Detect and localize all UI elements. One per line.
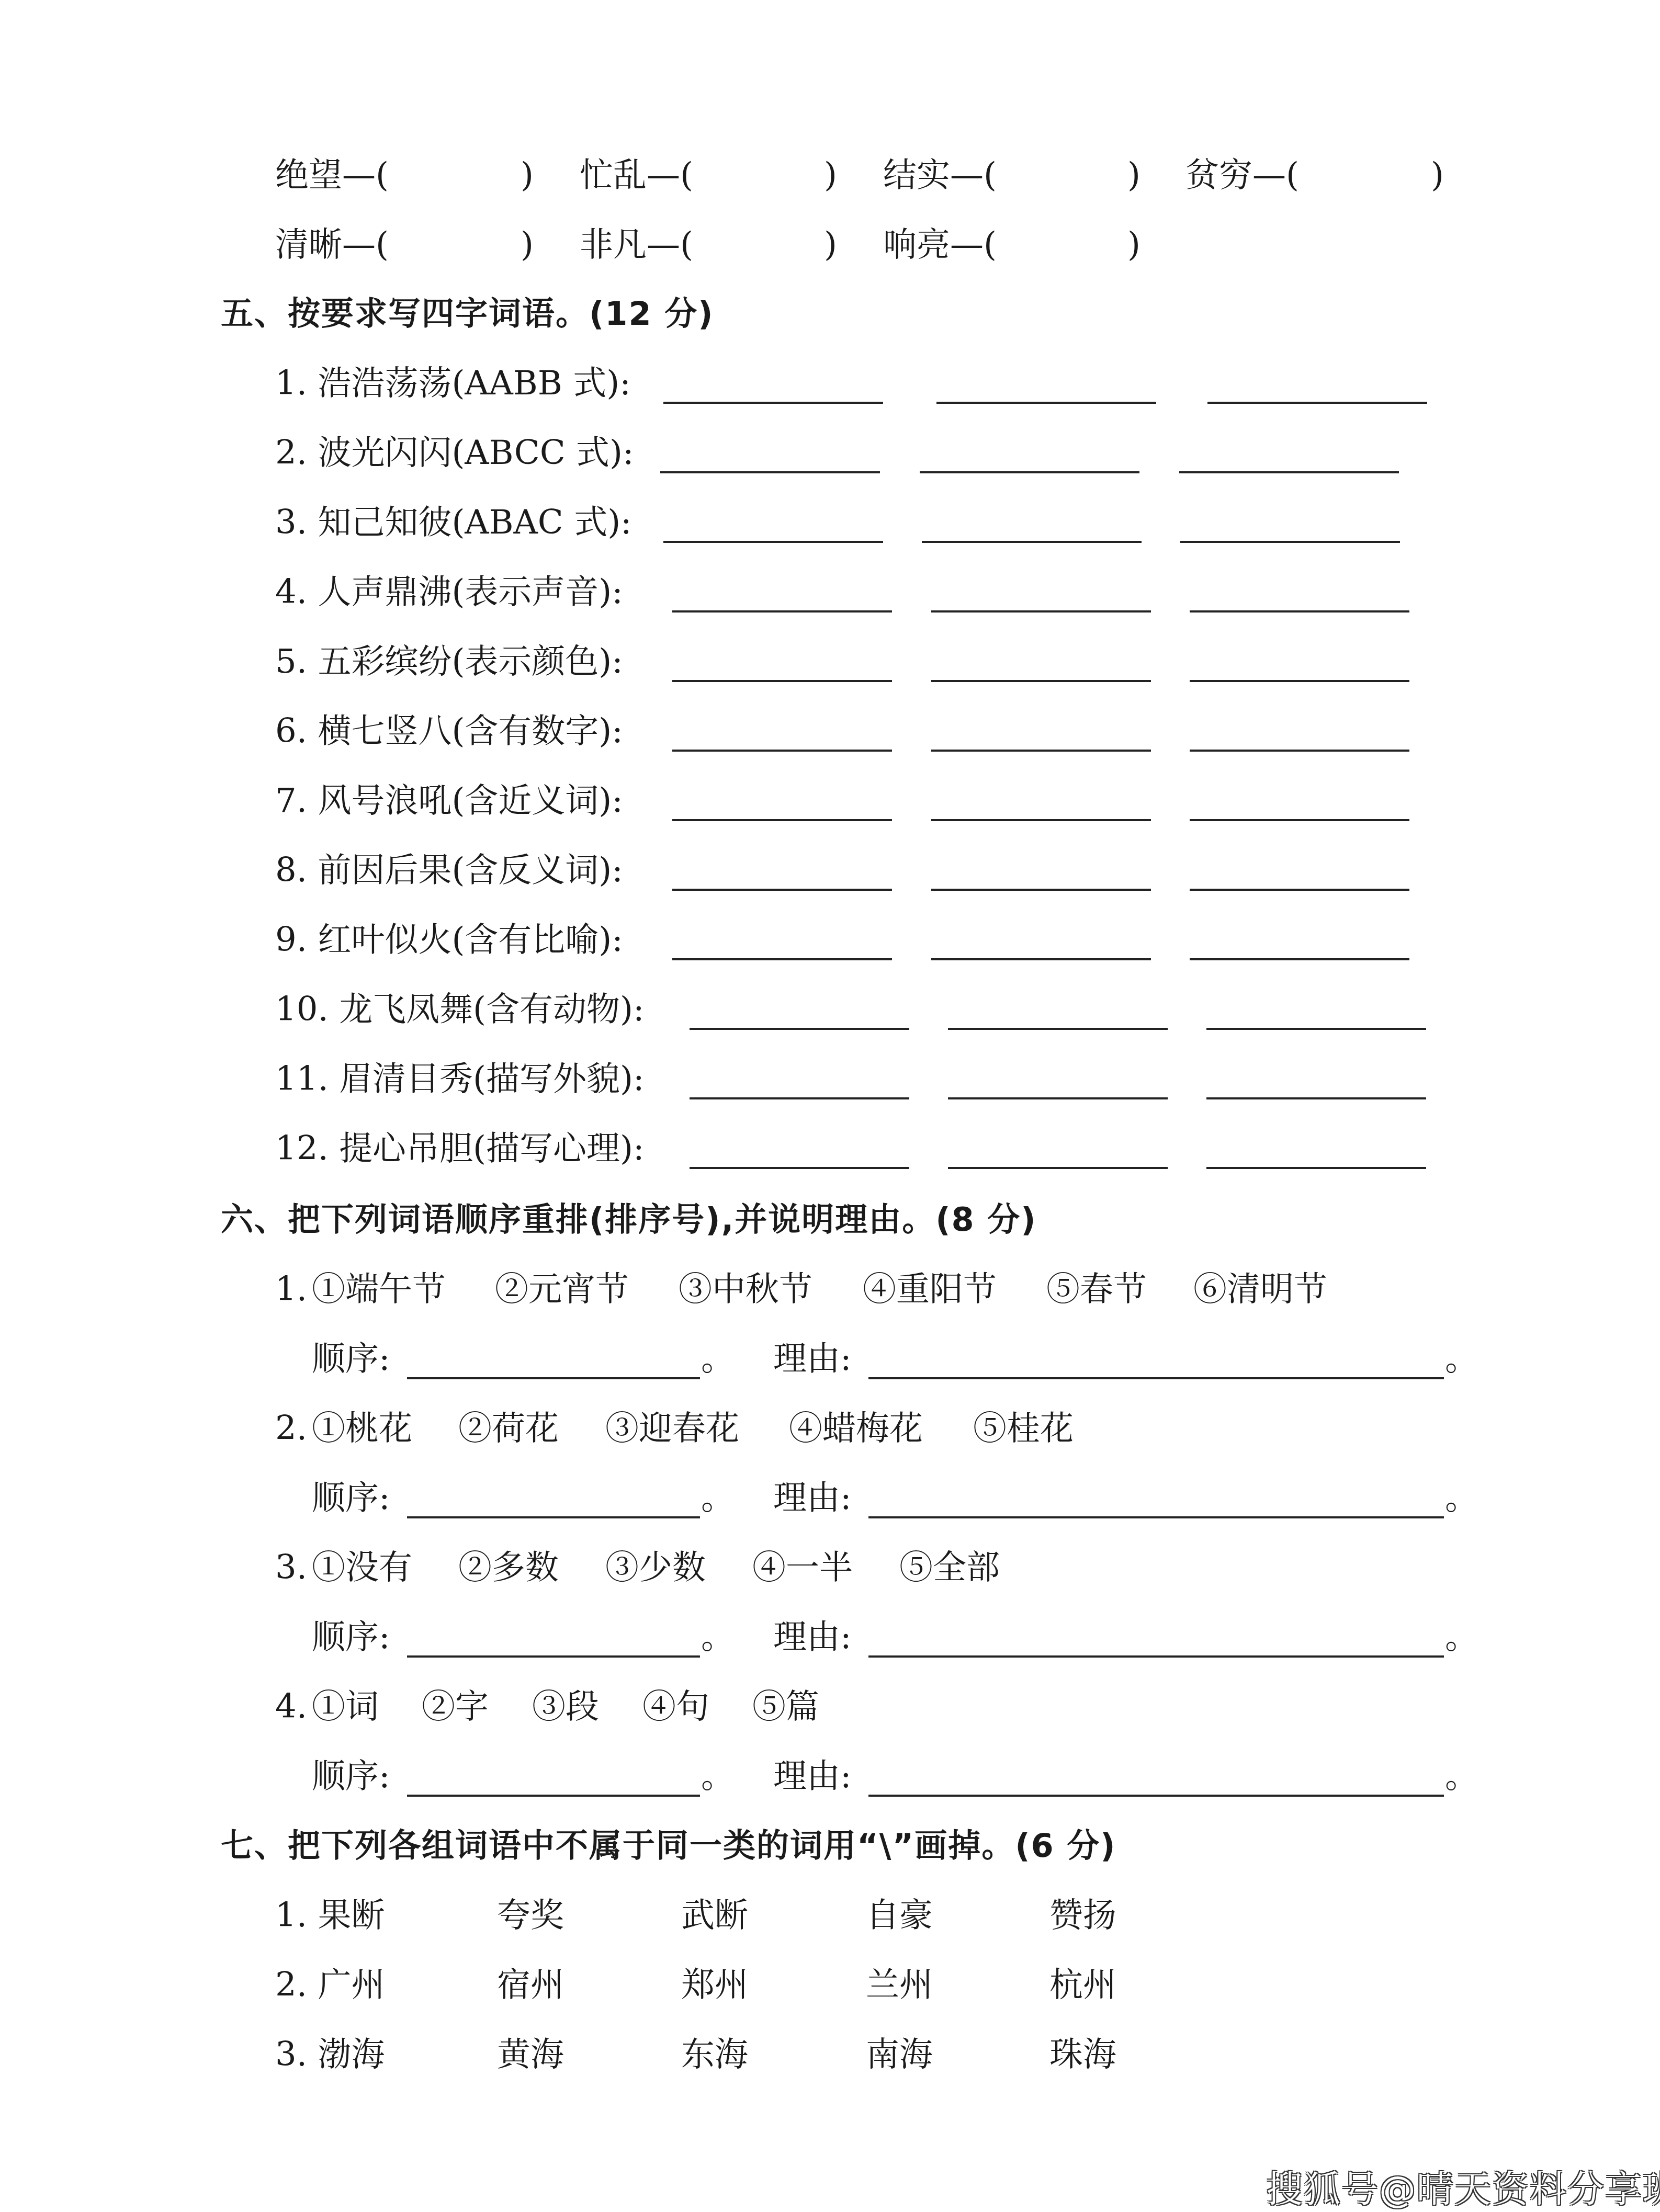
answer-blank[interactable] bbox=[663, 541, 883, 543]
word[interactable]: 武断 bbox=[681, 1895, 748, 1936]
section-heading: 五、按要求写四字词语。(12 分) bbox=[221, 293, 714, 335]
option: ①词 bbox=[312, 1686, 379, 1728]
answer-blank[interactable] bbox=[690, 1097, 909, 1099]
reason-label: 理由: bbox=[773, 1338, 852, 1380]
answer-blank[interactable] bbox=[931, 610, 1151, 612]
section-heading: 七、把下列各组词语中不属于同一类的词用“\”画掉。(6 分) bbox=[221, 1825, 1116, 1867]
option: ④句 bbox=[642, 1686, 709, 1728]
answer-blank[interactable] bbox=[672, 610, 892, 612]
answer-blank[interactable] bbox=[690, 1028, 909, 1030]
answer-blank[interactable] bbox=[660, 471, 880, 473]
word[interactable]: 南海 bbox=[866, 2034, 933, 2075]
question-item: 4. 人声鼎沸(表示声音): bbox=[275, 571, 623, 613]
answer-blank[interactable] bbox=[1190, 889, 1409, 891]
answer-blank[interactable] bbox=[931, 958, 1151, 960]
reason-label: 理由: bbox=[773, 1755, 852, 1797]
question-item: 6. 横七竖八(含有数字): bbox=[275, 710, 623, 752]
option: ②荷花 bbox=[458, 1408, 559, 1449]
option: ③迎春花 bbox=[605, 1408, 739, 1449]
option: ⑥清明节 bbox=[1193, 1268, 1327, 1310]
answer-blank[interactable] bbox=[1206, 1167, 1426, 1169]
order-label: 顺序: bbox=[312, 1755, 390, 1797]
antonym-prompt: 清晰—( bbox=[275, 224, 389, 266]
reason-blank[interactable] bbox=[868, 1655, 1444, 1658]
antonym-prompt: 响亮—( bbox=[883, 224, 997, 266]
question-item: 11. 眉清目秀(描写外貌): bbox=[275, 1058, 645, 1100]
order-blank[interactable] bbox=[407, 1795, 700, 1797]
reason-blank[interactable] bbox=[868, 1516, 1444, 1518]
option: ③段 bbox=[532, 1686, 599, 1728]
antonym-prompt: 结实—( bbox=[883, 154, 997, 196]
period: 。 bbox=[701, 1755, 735, 1797]
antonym-prompt: 非凡—( bbox=[580, 224, 693, 266]
option: ④蜡梅花 bbox=[789, 1408, 923, 1449]
option: ⑤全部 bbox=[899, 1547, 1000, 1589]
section-heading: 六、把下列词语顺序重排(排序号),并说明理由。(8 分) bbox=[221, 1199, 1037, 1241]
word[interactable]: 2. 广州 bbox=[275, 1964, 385, 2006]
answer-blank[interactable] bbox=[1190, 680, 1409, 682]
period: 。 bbox=[1445, 1755, 1478, 1797]
option: ⑤篇 bbox=[752, 1686, 819, 1728]
question-item: 2. 波光闪闪(ABCC 式): bbox=[275, 432, 634, 474]
question-item: 9. 红叶似火(含有比喻): bbox=[275, 919, 623, 961]
question-item: 10. 龙飞凤舞(含有动物): bbox=[275, 989, 645, 1030]
answer-blank[interactable] bbox=[672, 819, 892, 821]
option: ⑤桂花 bbox=[973, 1408, 1074, 1449]
answer-blank[interactable] bbox=[931, 750, 1151, 752]
word[interactable]: 郑州 bbox=[681, 1964, 748, 2006]
antonym-prompt: 绝望—( bbox=[275, 154, 389, 196]
order-blank[interactable] bbox=[407, 1516, 700, 1518]
option: ②字 bbox=[422, 1686, 489, 1728]
question-item: 3. 知己知彼(ABAC 式): bbox=[275, 502, 632, 543]
option: ③中秋节 bbox=[679, 1268, 812, 1310]
period: 。 bbox=[1445, 1338, 1478, 1380]
close-paren: ) bbox=[824, 154, 837, 196]
answer-blank[interactable] bbox=[931, 819, 1151, 821]
word[interactable]: 夸奖 bbox=[497, 1895, 564, 1936]
answer-blank[interactable] bbox=[1207, 402, 1427, 404]
word[interactable]: 兰州 bbox=[866, 1964, 933, 2006]
answer-blank[interactable] bbox=[931, 889, 1151, 891]
order-blank[interactable] bbox=[407, 1377, 700, 1379]
question-item: 5. 五彩缤纷(表示颜色): bbox=[275, 641, 623, 683]
option: ④一半 bbox=[752, 1547, 853, 1589]
answer-blank[interactable] bbox=[1190, 750, 1409, 752]
option: ③少数 bbox=[605, 1547, 706, 1589]
question-item: 1. 浩浩荡荡(AABB 式): bbox=[275, 362, 631, 404]
order-blank[interactable] bbox=[407, 1655, 700, 1658]
answer-blank[interactable] bbox=[922, 541, 1142, 543]
question-item: 7. 风号浪吼(含近义词): bbox=[275, 780, 623, 822]
period: 。 bbox=[1445, 1477, 1478, 1519]
answer-blank[interactable] bbox=[936, 402, 1156, 404]
answer-blank[interactable] bbox=[948, 1167, 1168, 1169]
answer-blank[interactable] bbox=[1190, 958, 1409, 960]
answer-blank[interactable] bbox=[672, 958, 892, 960]
close-paren: ) bbox=[1127, 224, 1140, 266]
answer-blank[interactable] bbox=[1180, 541, 1400, 543]
reason-blank[interactable] bbox=[868, 1377, 1444, 1379]
word[interactable]: 黄海 bbox=[497, 2034, 564, 2075]
close-paren: ) bbox=[521, 154, 534, 196]
item-number: 3. bbox=[275, 1547, 307, 1589]
order-label: 顺序: bbox=[312, 1616, 390, 1658]
word[interactable]: 珠海 bbox=[1049, 2034, 1116, 2075]
period: 。 bbox=[1445, 1616, 1478, 1658]
reason-blank[interactable] bbox=[868, 1795, 1444, 1797]
option: ①没有 bbox=[312, 1547, 412, 1589]
antonym-prompt: 贫穷—( bbox=[1185, 154, 1299, 196]
answer-blank[interactable] bbox=[1206, 1028, 1426, 1030]
answer-blank[interactable] bbox=[948, 1097, 1168, 1099]
word[interactable]: 宿州 bbox=[497, 1964, 564, 2006]
word[interactable]: 3. 渤海 bbox=[275, 2034, 385, 2075]
period: 。 bbox=[701, 1338, 735, 1380]
answer-blank[interactable] bbox=[931, 680, 1151, 682]
word[interactable]: 东海 bbox=[681, 2034, 748, 2075]
item-number: 4. bbox=[275, 1686, 307, 1728]
close-paren: ) bbox=[1127, 154, 1140, 196]
word[interactable]: 1. 果断 bbox=[275, 1895, 385, 1936]
antonym-prompt: 忙乱—( bbox=[580, 154, 693, 196]
reason-label: 理由: bbox=[773, 1477, 852, 1519]
item-number: 2. bbox=[275, 1408, 307, 1449]
reason-label: 理由: bbox=[773, 1616, 852, 1658]
item-number: 1. bbox=[275, 1268, 307, 1310]
word[interactable]: 自豪 bbox=[866, 1895, 933, 1936]
option: ②多数 bbox=[458, 1547, 559, 1589]
period: 。 bbox=[701, 1477, 735, 1519]
period: 。 bbox=[701, 1616, 735, 1658]
order-label: 顺序: bbox=[312, 1477, 390, 1519]
close-paren: ) bbox=[1431, 154, 1444, 196]
answer-blank[interactable] bbox=[1190, 610, 1409, 612]
option: ①桃花 bbox=[312, 1408, 412, 1449]
close-paren: ) bbox=[521, 224, 534, 266]
watermark: 搜狐号@晴天资料分享班 bbox=[1266, 2160, 1660, 2212]
answer-blank[interactable] bbox=[920, 471, 1139, 473]
answer-blank[interactable] bbox=[672, 680, 892, 682]
answer-blank[interactable] bbox=[672, 750, 892, 752]
answer-blank[interactable] bbox=[1206, 1097, 1426, 1099]
answer-blank[interactable] bbox=[1179, 471, 1399, 473]
question-item: 8. 前因后果(含反义词): bbox=[275, 849, 623, 891]
word[interactable]: 赞扬 bbox=[1049, 1895, 1116, 1936]
close-paren: ) bbox=[824, 224, 837, 266]
option: ①端午节 bbox=[312, 1268, 446, 1310]
question-item: 12. 提心吊胆(描写心理): bbox=[275, 1128, 645, 1170]
option: ②元宵节 bbox=[495, 1268, 629, 1310]
option: ④重阳节 bbox=[863, 1268, 997, 1310]
option: ⑤春节 bbox=[1046, 1268, 1147, 1310]
answer-blank[interactable] bbox=[948, 1028, 1168, 1030]
answer-blank[interactable] bbox=[1190, 819, 1409, 821]
answer-blank[interactable] bbox=[672, 889, 892, 891]
answer-blank[interactable] bbox=[690, 1167, 909, 1169]
answer-blank[interactable] bbox=[663, 402, 883, 404]
order-label: 顺序: bbox=[312, 1338, 390, 1380]
word[interactable]: 杭州 bbox=[1049, 1964, 1116, 2006]
